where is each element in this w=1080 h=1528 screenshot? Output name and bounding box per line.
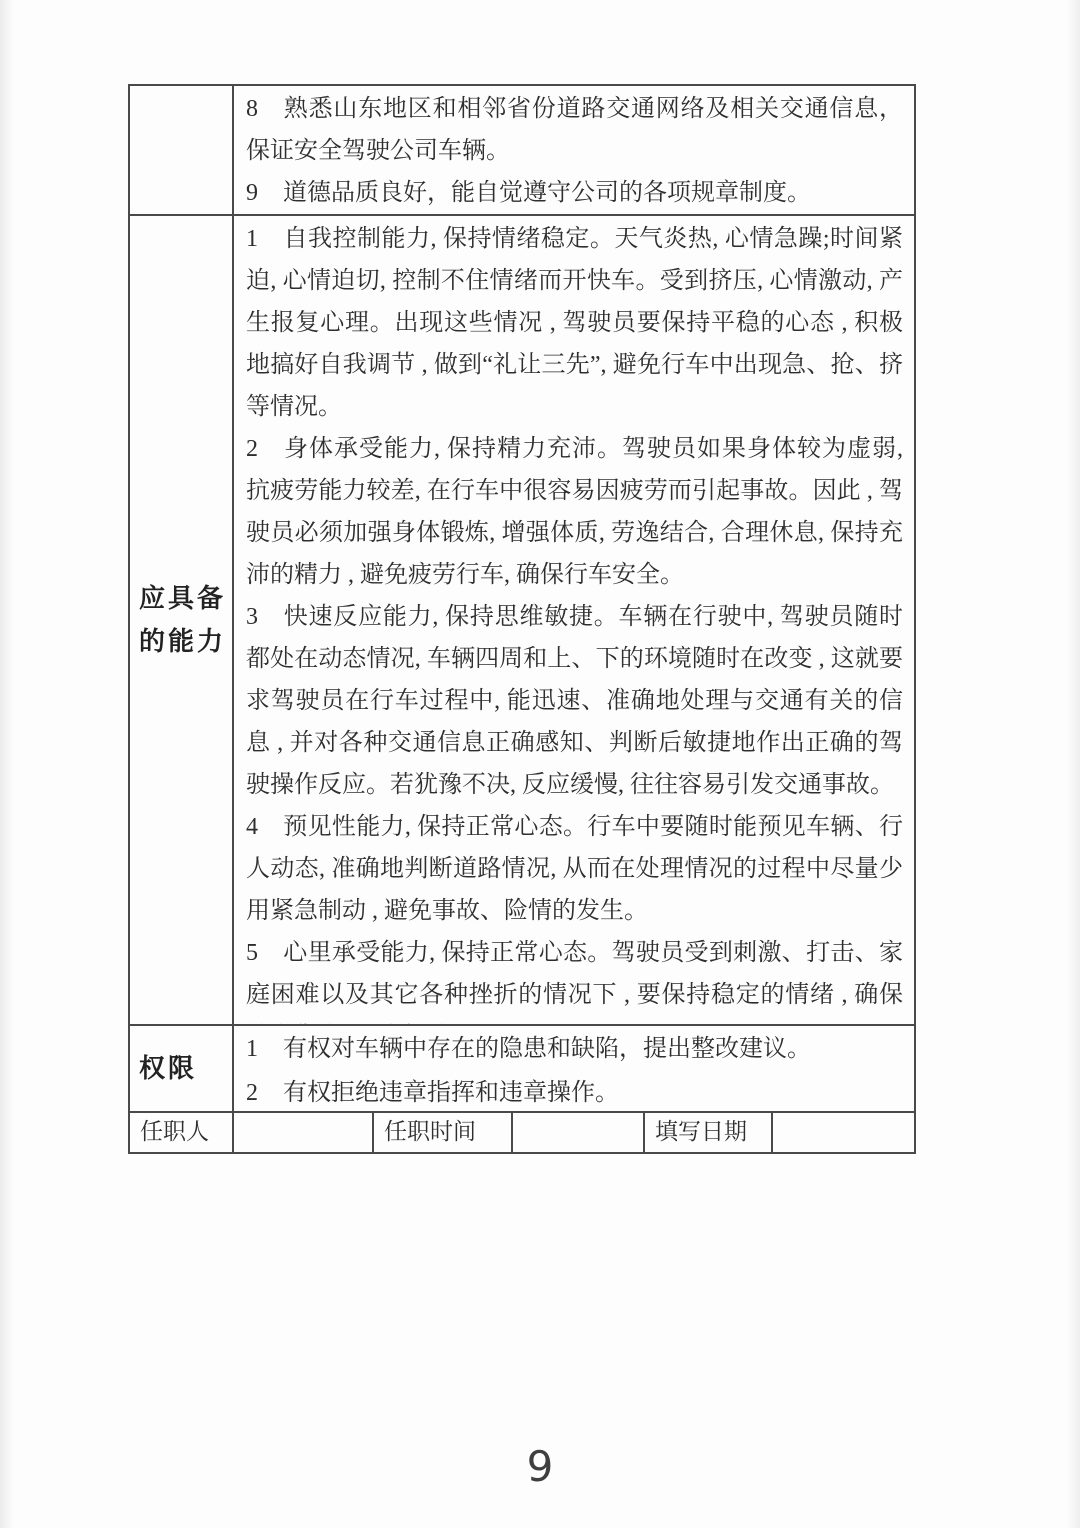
item-number: 5 (246, 932, 261, 974)
list-item: 8熟悉山东地区和相邻省份道路交通网络及相关交通信息，保证安全驾驶公司车辆。 (246, 88, 903, 172)
item-text: 快速反应能力, 保持思维敏捷。车辆在行驶中, 驾驶员随时都处在动态情况, 车辆四… (246, 604, 903, 798)
page-number: 9 (0, 1442, 1080, 1491)
list-item: 1自我控制能力, 保持情绪稳定。天气炎热, 心情急躁;时间紧迫, 心情迫切, 控… (246, 218, 903, 428)
item-number: 1 (246, 218, 261, 260)
item-text: 有权拒绝违章指挥和违章操作。 (283, 1080, 619, 1106)
footer-cell-tenure-value (513, 1113, 645, 1152)
table-row-signature: 任职人 任职时间 填写日期 (130, 1111, 914, 1152)
list-item: 9道德品质良好，能自觉遵守公司的各项规章制度。 (246, 172, 903, 214)
item-text: 身体承受能力, 保持精力充沛。驾驶员如果身体较为虚弱, 抗疲劳能力较差, 在行车… (246, 436, 903, 588)
item-text: 心里承受能力, 保持正常心态。驾驶员受到刺激、打击、家庭困难以及其它各种挫折的情… (246, 940, 903, 1024)
list-item: 2有权拒绝违章指挥和违章操作。 (246, 1073, 903, 1111)
list-item: 2身体承受能力, 保持精力充沛。驾驶员如果身体较为虚弱, 抗疲劳能力较差, 在行… (246, 428, 903, 596)
authority-content-cell: 1有权对车辆中存在的隐患和缺陷，提出整改建议。 2有权拒绝违章指挥和违章操作。 (234, 1026, 914, 1111)
table-row-qualifications-continued: 8熟悉山东地区和相邻省份道路交通网络及相关交通信息，保证安全驾驶公司车辆。 9道… (130, 86, 914, 214)
footer-cell-tenure-label: 任职时间 (374, 1113, 513, 1152)
item-number: 4 (246, 806, 261, 848)
footer-cell-filldate-label: 填写日期 (645, 1113, 773, 1152)
item-number: 1 (246, 1029, 261, 1070)
item-number: 8 (246, 88, 261, 130)
item-number: 3 (246, 596, 261, 638)
footer-cell-incumbent-label: 任职人 (130, 1113, 234, 1152)
document-page: 8熟悉山东地区和相邻省份道路交通网络及相关交通信息，保证安全驾驶公司车辆。 9道… (0, 0, 1080, 1528)
item-text: 有权对车辆中存在的隐患和缺陷，提出整改建议。 (283, 1036, 811, 1062)
list-item: 3快速反应能力, 保持思维敏捷。车辆在行驶中, 驾驶员随时都处在动态情况, 车辆… (246, 596, 903, 806)
row-label-cell-empty (130, 86, 234, 214)
item-text: 预见性能力, 保持正常心态。行车中要随时能预见车辆、行人动态, 准确地判断道路情… (246, 814, 903, 924)
abilities-content-cell: 1自我控制能力, 保持情绪稳定。天气炎热, 心情急躁;时间紧迫, 心情迫切, 控… (234, 216, 914, 1024)
item-text: 熟悉山东地区和相邻省份道路交通网络及相关交通信息，保证安全驾驶公司车辆。 (246, 96, 903, 164)
row-label: 权限 (130, 1047, 229, 1090)
table-row-authority: 权限 1有权对车辆中存在的隐患和缺陷，提出整改建议。 2有权拒绝违章指挥和违章操… (130, 1024, 914, 1111)
item-text: 自我控制能力, 保持情绪稳定。天气炎热, 心情急躁;时间紧迫, 心情迫切, 控制… (246, 226, 903, 420)
qualifications-content-cell: 8熟悉山东地区和相邻省份道路交通网络及相关交通信息，保证安全驾驶公司车辆。 9道… (234, 86, 914, 214)
row-label: 应具备的能力 (130, 577, 229, 663)
item-number: 9 (246, 172, 261, 214)
footer-cell-filldate-value (773, 1113, 914, 1152)
job-description-table: 8熟悉山东地区和相邻省份道路交通网络及相关交通信息，保证安全驾驶公司车辆。 9道… (128, 84, 916, 1154)
row-label-cell-authority: 权限 (130, 1026, 234, 1111)
row-label-cell-abilities: 应具备的能力 (130, 216, 234, 1024)
item-number: 2 (246, 428, 261, 470)
list-item: 1有权对车辆中存在的隐患和缺陷，提出整改建议。 (246, 1029, 903, 1070)
table-row-abilities: 应具备的能力 1自我控制能力, 保持情绪稳定。天气炎热, 心情急躁;时间紧迫, … (130, 214, 914, 1024)
list-item: 5心里承受能力, 保持正常心态。驾驶员受到刺激、打击、家庭困难以及其它各种挫折的… (246, 932, 903, 1024)
footer-cell-incumbent-value (234, 1113, 374, 1152)
list-item: 4预见性能力, 保持正常心态。行车中要随时能预见车辆、行人动态, 准确地判断道路… (246, 806, 903, 932)
item-number: 2 (246, 1073, 261, 1111)
item-text: 道德品质良好，能自觉遵守公司的各项规章制度。 (283, 180, 811, 206)
